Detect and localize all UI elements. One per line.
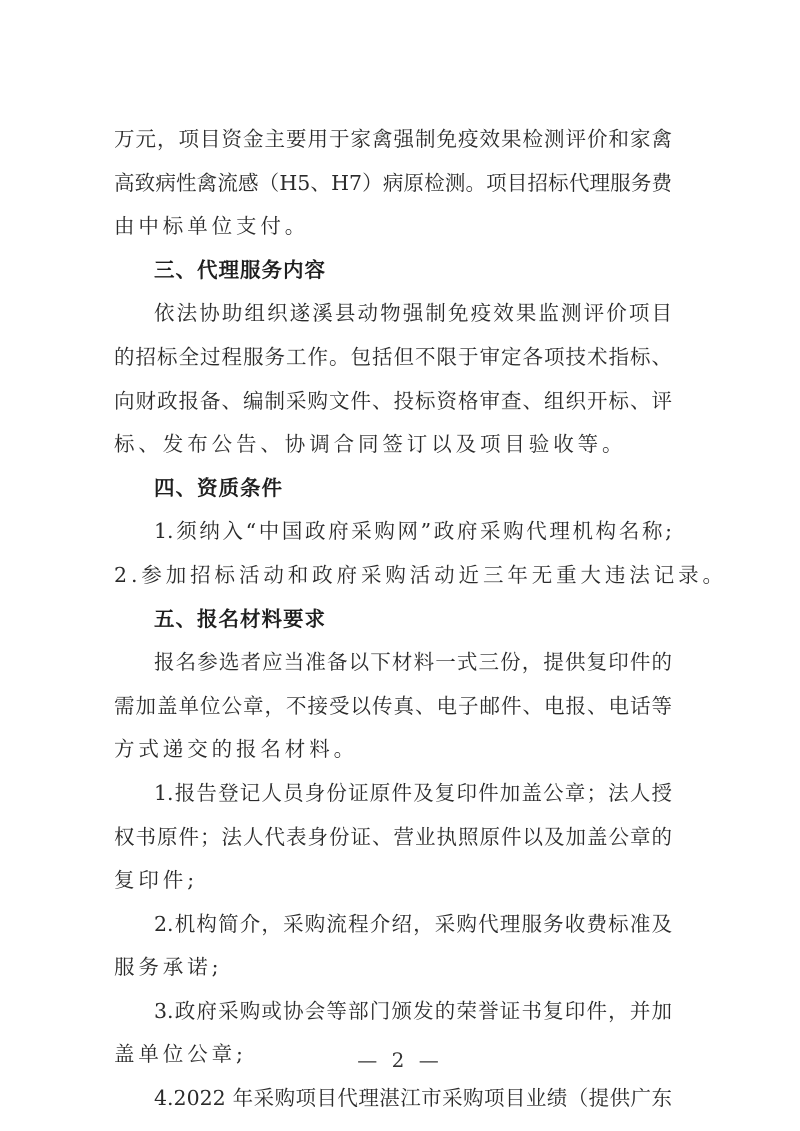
text-line: 3.政府采购或协会等部门颁发的荣誉证书复印件，并加 [114,990,672,1034]
text-line: 由中标单位支付。 [114,205,672,249]
text-line: 依法协助组织遂溪县动物强制免疫效果监测评价项目 [114,292,672,336]
text-line: 标、发布公告、协调合同签订以及项目验收等。 [114,423,672,467]
text-line: 2.参加招标活动和政府采购活动近三年无重大违法记录。 [114,554,672,598]
text-line: 2.机构简介，采购流程介绍，采购代理服务收费标准及 [114,903,672,947]
text-line: 报名参选者应当准备以下材料一式三份，提供复印件的 [114,641,672,685]
text-line: 服务承诺; [114,946,672,990]
text-line: 高致病性禽流感（H5、H7）病原检测。项目招标代理服务费 [114,162,672,206]
text-line: 权书原件；法人代表身份证、营业执照原件以及加盖公章的 [114,816,672,860]
section-heading: 四、资质条件 [114,467,672,511]
text-line: 复印件; [114,859,672,903]
document-page: 万元，项目资金主要用于家禽强制免疫效果检测评价和家禽高致病性禽流感（H5、H7）… [114,118,672,1121]
section-heading: 五、报名材料要求 [114,598,672,642]
page-number: — 2 — [0,1048,800,1072]
text-line: 的招标全过程服务工作。包括但不限于审定各项技术指标、 [114,336,672,380]
text-line: 1.须纳入“中国政府采购网”政府采购代理机构名称; [114,510,672,554]
text-line: 万元，项目资金主要用于家禽强制免疫效果检测评价和家禽 [114,118,672,162]
text-line: 方式递交的报名材料。 [114,728,672,772]
text-line: 1.报告登记人员身份证原件及复印件加盖公章；法人授 [114,772,672,816]
text-line: 向财政报备、编制采购文件、投标资格审查、组织开标、评 [114,380,672,424]
section-heading: 三、代理服务内容 [114,249,672,293]
text-line: 4.2022 年采购项目代理湛江市采购项目业绩（提供广东 [114,1077,672,1121]
text-line: 需加盖单位公章，不接受以传真、电子邮件、电报、电话等 [114,685,672,729]
